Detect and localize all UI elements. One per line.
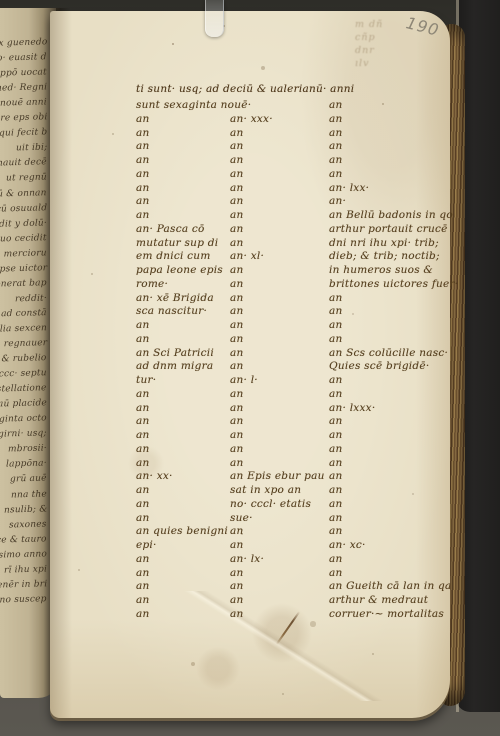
facing-page-text-fragment: uenēr in bri bbox=[0, 579, 47, 590]
annal-entry: an bbox=[136, 443, 150, 455]
annal-entry: sca nascitur· bbox=[136, 305, 207, 317]
facing-page-text-fragment: ut regnū bbox=[6, 173, 47, 184]
annal-entry: corruer·~ mortalitas bbox=[329, 608, 444, 620]
annal-entry: sue· bbox=[230, 512, 253, 524]
annal-entry: an bbox=[329, 305, 343, 317]
annal-entry: an bbox=[136, 484, 150, 496]
annal-entry: an bbox=[136, 498, 150, 510]
annal-entry: dieb; & trib; noctib; bbox=[329, 250, 440, 262]
facing-page-text-fragment: milia sexcen bbox=[0, 323, 47, 335]
annal-entry: sunt sexaginta nouē· bbox=[136, 99, 251, 111]
facing-page-text-fragment: anni regnauer bbox=[0, 338, 47, 350]
annal-entry: an bbox=[230, 402, 244, 414]
facing-page-text-fragment: nouē anni bbox=[0, 98, 47, 109]
facing-page-text-fragment: gnauit decē bbox=[0, 158, 47, 169]
annal-entry: arthur portauit crucē bbox=[329, 223, 448, 235]
annal-entry: arthur & medraut bbox=[329, 594, 428, 606]
page-holder-clip bbox=[205, 0, 224, 37]
annal-entry: an· lxx· bbox=[329, 182, 369, 194]
annal-entry: an bbox=[230, 154, 244, 166]
annal-entry: an bbox=[230, 457, 244, 469]
annal-entry: an Bellū badonis in qo bbox=[329, 209, 453, 221]
facing-page-text-fragment: girni· usq; bbox=[0, 429, 47, 440]
facing-page-text-fragment: orū & onnan bbox=[0, 188, 47, 200]
annal-entry: an bbox=[136, 388, 150, 400]
parchment-page: m dñcñpdnrılv 190 ti sunt· usq; ad deciū… bbox=[50, 11, 450, 718]
annal-entry: an bbox=[329, 99, 343, 111]
annal-entry: an bbox=[329, 292, 343, 304]
annal-entry: Quies scē brigidē· bbox=[329, 360, 429, 372]
annal-entry: ad dnm migra bbox=[136, 360, 213, 372]
annal-entry: an bbox=[136, 608, 150, 620]
annal-entry: an bbox=[136, 415, 150, 427]
annal-entry: an bbox=[329, 512, 343, 524]
facing-page-text-fragment: nsulib; & bbox=[4, 504, 47, 515]
facing-page-text-fragment: nna the bbox=[11, 489, 47, 500]
heading-line: ti sunt· usq; ad deciū & ualerianū· anni bbox=[136, 83, 354, 95]
annal-entry: an· lxxx· bbox=[329, 402, 375, 414]
annal-entry: an Scs colūcille nasc· bbox=[329, 347, 448, 359]
annal-entry: an bbox=[136, 567, 150, 579]
annal-entry: an bbox=[136, 512, 150, 524]
annal-entry: sat in xpo an bbox=[230, 484, 301, 496]
annal-entry: an bbox=[230, 608, 244, 620]
annal-entry: an bbox=[230, 182, 244, 194]
annal-entry: an bbox=[136, 168, 150, 180]
annal-entry: an Sci Patricii bbox=[136, 347, 214, 359]
annal-entry: an bbox=[329, 553, 343, 565]
annal-entry: an bbox=[230, 443, 244, 455]
annal-entry: an bbox=[329, 567, 343, 579]
facing-page-text-fragment: scū osuuald bbox=[0, 203, 47, 214]
annal-entry: an bbox=[329, 127, 343, 139]
facing-page-text-fragment: rī ihu xpi bbox=[4, 564, 47, 575]
facing-page-text-fragment: usq; ad constā bbox=[0, 308, 47, 320]
annal-entry: an Epis ebur pau bbox=[230, 470, 325, 482]
annal-entry: dni nri ihu xpi· trib; bbox=[329, 237, 439, 249]
annal-entry: an bbox=[230, 292, 244, 304]
annal-entry: an bbox=[136, 402, 150, 414]
facing-page-text-fragment: lappōna· bbox=[6, 459, 47, 470]
annal-entry: an bbox=[136, 127, 150, 139]
facing-page-text-fragment: ex guenedo bbox=[0, 37, 47, 48]
annal-entry: an bbox=[329, 140, 343, 152]
facing-page-text-fragment: uit ibi; bbox=[16, 143, 47, 154]
facing-page-text-fragment: lē· ccc· septu bbox=[0, 368, 47, 380]
annal-entry: an bbox=[329, 168, 343, 180]
annal-entry: mutatur sup di bbox=[136, 237, 218, 249]
annal-entry: an bbox=[230, 140, 244, 152]
facing-page-text-fragment: reddit· bbox=[15, 293, 47, 304]
annal-entry: an quies benigni bbox=[136, 525, 228, 537]
annal-entry: an bbox=[230, 594, 244, 606]
annal-entry: an bbox=[230, 209, 244, 221]
facing-page-text-fragment: uso & rubelio bbox=[0, 353, 47, 365]
annal-entry: in humeros suos & bbox=[329, 264, 433, 276]
annal-entry: an bbox=[329, 470, 343, 482]
annal-entry: em dnici cum bbox=[136, 250, 211, 262]
facing-page-text-fragment: ned· Regni bbox=[0, 82, 47, 93]
annal-entry: an· xc· bbox=[329, 539, 366, 551]
annal-entry: an bbox=[230, 347, 244, 359]
facing-page-text-fragment: dit y dolū· bbox=[0, 218, 47, 229]
facing-page-text-fragment: no· euasit d bbox=[0, 52, 47, 63]
annal-entry: papa leone epis bbox=[136, 264, 223, 276]
facing-page-text-fragment: Nonerat bap bbox=[0, 278, 47, 290]
annal-entry: an bbox=[136, 333, 150, 345]
annal-entry: an bbox=[230, 525, 244, 537]
annal-entry: an bbox=[329, 484, 343, 496]
facing-page-text-fragment: n quo cecidit bbox=[0, 233, 47, 245]
annal-entry: an bbox=[230, 305, 244, 317]
parchment-speckles bbox=[50, 11, 52, 13]
facing-page-text-fragment: saxones bbox=[9, 519, 47, 530]
annal-entry: an bbox=[136, 182, 150, 194]
annal-entry: an bbox=[230, 195, 244, 207]
annal-entry: an· lx· bbox=[230, 553, 264, 565]
annal-entry: an bbox=[329, 498, 343, 510]
annal-entry: an bbox=[230, 319, 244, 331]
annal-entry: epi· bbox=[136, 539, 157, 551]
annal-entry: an bbox=[329, 429, 343, 441]
manuscript-photo: ex guenedono· euasit dppō uocatned· Regn… bbox=[0, 0, 500, 736]
annal-entry: an bbox=[230, 360, 244, 372]
annal-entry: an bbox=[329, 388, 343, 400]
annal-entry: an bbox=[230, 278, 244, 290]
annal-entry: an bbox=[230, 580, 244, 592]
annal-entry: an· xx· bbox=[136, 470, 173, 482]
annal-entry: an bbox=[136, 594, 150, 606]
annal-entry: rome· bbox=[136, 278, 168, 290]
folio-number: 190 bbox=[404, 13, 441, 40]
annal-entry: an bbox=[136, 113, 150, 125]
annal-entry: an bbox=[230, 539, 244, 551]
annal-entry: an bbox=[136, 140, 150, 152]
annal-entry: an bbox=[329, 333, 343, 345]
facing-page-text-fragment: slaū placide bbox=[0, 398, 47, 409]
annal-entry: an bbox=[329, 443, 343, 455]
annal-entry: an bbox=[230, 567, 244, 579]
faint-marginalia: m dñcñpdnrılv bbox=[355, 19, 383, 71]
annal-entry: an bbox=[230, 168, 244, 180]
marginalia-line: m dñ bbox=[355, 19, 383, 32]
annal-entry: an bbox=[329, 154, 343, 166]
facing-page-text-fragment: girno suscep bbox=[0, 594, 47, 606]
annal-entry: an bbox=[136, 154, 150, 166]
facing-page-text-fragment: ce & tauro bbox=[0, 534, 47, 545]
annal-entry: an bbox=[230, 127, 244, 139]
annal-entry: an bbox=[329, 457, 343, 469]
facing-page-text-fragment: icre eps obi bbox=[0, 113, 47, 124]
annal-entry: an bbox=[136, 195, 150, 207]
facing-page-text-fragment: esimo anno bbox=[0, 549, 47, 560]
annal-entry: brittones uictores fuer· bbox=[329, 278, 458, 290]
annal-entry: an bbox=[329, 319, 343, 331]
facing-page-text-fragment: mbrosii· bbox=[8, 444, 47, 455]
annal-entry: an bbox=[230, 223, 244, 235]
annal-entry: an· xē Brigida bbox=[136, 292, 214, 304]
facing-page-text-fragment: a stellatione bbox=[0, 383, 47, 395]
marginalia-line: dnr bbox=[355, 45, 383, 58]
marginalia-line: cñp bbox=[355, 32, 383, 45]
marginalia-line: ılv bbox=[355, 58, 383, 71]
annal-entry: an bbox=[329, 374, 343, 386]
annal-entry: an bbox=[329, 113, 343, 125]
annal-entry: an· xxx· bbox=[230, 113, 273, 125]
annal-entry: no· cccl· etatis bbox=[230, 498, 311, 510]
annal-entry: an· xl· bbox=[230, 250, 264, 262]
annal-entry: an bbox=[230, 388, 244, 400]
annal-entry: an Gueith cā lan in qa bbox=[329, 580, 452, 592]
annal-entry: an bbox=[230, 415, 244, 427]
annal-entry: an bbox=[136, 580, 150, 592]
annal-entry: an bbox=[136, 209, 150, 221]
annal-entry: an bbox=[230, 429, 244, 441]
facing-page-text-fragment: ginta octo bbox=[0, 414, 47, 425]
annal-entry: an· Pasca cō bbox=[136, 223, 205, 235]
annal-entry: an bbox=[230, 333, 244, 345]
annal-entry: an· l· bbox=[230, 374, 258, 386]
annal-entry: an bbox=[136, 553, 150, 565]
annal-entry: an· bbox=[329, 195, 346, 207]
annal-entry: an bbox=[329, 525, 343, 537]
annal-entry: an bbox=[136, 457, 150, 469]
annal-entry: an bbox=[136, 429, 150, 441]
facing-page-text-fragment: e mercioru bbox=[0, 248, 47, 259]
facing-page-text-fragment: e ipse uictor bbox=[0, 263, 47, 275]
annal-entry: tur· bbox=[136, 374, 156, 386]
facing-page-text-fragment: ppō uocat bbox=[0, 67, 47, 78]
annal-entry: an bbox=[329, 415, 343, 427]
annal-entry: an bbox=[230, 264, 244, 276]
facing-page-text-fragment: grū auē bbox=[10, 474, 47, 485]
annal-entry: an bbox=[136, 319, 150, 331]
annal-entry: an bbox=[230, 237, 244, 249]
facing-page-text-fragment: qui fecit b bbox=[0, 128, 47, 139]
